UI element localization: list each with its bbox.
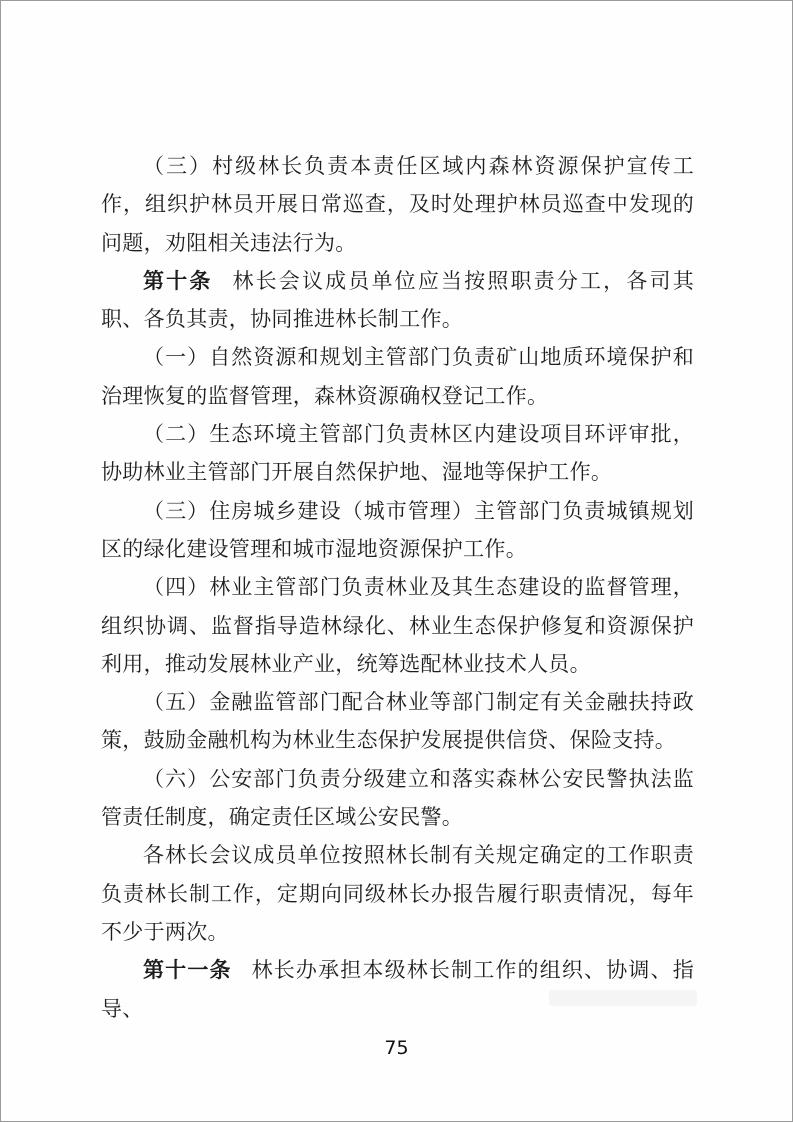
scan-artifact bbox=[549, 990, 697, 1006]
paragraph-item-5-finance: （五）金融监管部门配合林业等部门制定有关金融扶持政策，鼓励金融机构为林业生态保护… bbox=[101, 683, 694, 760]
document-body: （三）村级林长负责本责任区域内森林资源保护宣传工作，组织护林员开展日常巡查，及时… bbox=[101, 147, 694, 1028]
paragraph-item-3-housing-construction: （三）住房城乡建设（城市管理）主管部门负责城镇规划区的绿化建设管理和城市湿地资源… bbox=[101, 492, 694, 569]
paragraph-item-6-public-security: （六）公安部门负责分级建立和落实森林公安民警执法监管责任制度，确定责任区域公安民… bbox=[101, 760, 694, 837]
paragraph-item-2-ecology-environment: （二）生态环境主管部门负责林区内建设项目环评审批，协助林业主管部门开展自然保护地… bbox=[101, 415, 694, 492]
article-11-number: 第十一条 bbox=[143, 958, 232, 982]
article-10-number: 第十条 bbox=[143, 269, 213, 293]
paragraph-item-3-village-chief: （三）村级林长负责本责任区域内森林资源保护宣传工作，组织护林员开展日常巡查，及时… bbox=[101, 147, 694, 262]
page-footer: 75 bbox=[1, 1037, 792, 1059]
paragraph-item-1-natural-resources: （一）自然资源和规划主管部门负责矿山地质环境保护和治理恢复的监督管理，森林资源确… bbox=[101, 338, 694, 415]
paragraph-item-4-forestry: （四）林业主管部门负责林业及其生态建设的监督管理，组织协调、监督指导造林绿化、林… bbox=[101, 568, 694, 683]
page-number: 75 bbox=[384, 1037, 408, 1059]
document-page: （三）村级林长负责本责任区域内森林资源保护宣传工作，组织护林员开展日常巡查，及时… bbox=[0, 0, 793, 1122]
paragraph-article-10: 第十条林长会议成员单位应当按照职责分工，各司其职、各负其责，协同推进林长制工作。 bbox=[101, 262, 694, 339]
paragraph-member-units-duties: 各林长会议成员单位按照林长制有关规定确定的工作职责负责林长制工作，定期向同级林长… bbox=[101, 836, 694, 951]
